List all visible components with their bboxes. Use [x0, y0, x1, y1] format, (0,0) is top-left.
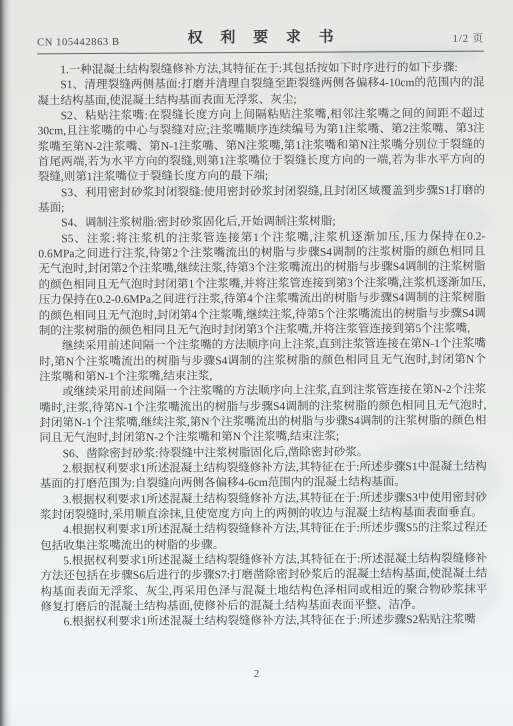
page-indicator: 1/2 页	[341, 31, 485, 47]
patent-number: CN 105442863 B	[37, 36, 181, 48]
claim-paragraph: S3、利用密封砂浆封闭裂缝:使用密封砂浆封闭裂缝,且封闭区域覆盖到步骤S1打磨的…	[38, 183, 485, 216]
scan-edge-shadow	[0, 0, 12, 726]
page-number: 2	[0, 668, 513, 680]
document-header: CN 105442863 B 权 利 要 求 书 1/2 页	[37, 25, 484, 55]
claim-paragraph: 5.根据权利要求1所述混凝土结构裂缝修补方法,其特征在于:所述混凝土结构裂缝修补…	[40, 552, 487, 616]
claim-paragraph: 3.根据权利要求1所述混凝土结构裂缝修补方法,其特征在于:所述步骤S3中使用密封…	[40, 490, 487, 523]
claim-paragraph: 2.根据权利要求1所述混凝土结构裂缝修补方法,其特征在于:所述步骤S1中混凝土结…	[40, 460, 487, 493]
document-title: 权 利 要 求 书	[181, 26, 341, 48]
claim-paragraph: S1、清理裂缝两侧基面:打磨并清理自裂缝至距裂缝两侧各偏移4-10cm的范围内的…	[37, 76, 484, 109]
claim-paragraph: 或继续采用前述间隔一个注浆嘴的方法顺序向上注浆,直到注浆管连接在第N-2个注浆嘴…	[39, 383, 486, 447]
claim-paragraph: 6.根据权利要求1所述混凝土结构裂缝修补方法,其特征在于:所述步骤S2粘贴注浆嘴	[41, 613, 488, 631]
claim-paragraph: 4.根据权利要求1所述混凝土结构裂缝修补方法,其特征在于:所述步骤S5的注浆过程…	[40, 521, 487, 554]
claims-text: 1.一种混凝土结构裂缝修补方法,其特征在于:其包括按如下时序进行的如下步骤: S…	[37, 61, 487, 631]
claim-paragraph: S5、注浆:将注浆机的注浆管连接第1个注浆嘴,注浆机逐渐加压,压力保持在0.2-…	[38, 229, 486, 339]
page-content: CN 105442863 B 权 利 要 求 书 1/2 页 1.一种混凝土结构…	[37, 25, 488, 631]
scanned-page: CN 105442863 B 权 利 要 求 书 1/2 页 1.一种混凝土结构…	[0, 0, 513, 726]
claim-paragraph: 继续采用前述间隔一个注浆嘴的方法顺序向上注浆,直到注浆管连接在第N-1个注浆嘴时…	[39, 337, 486, 386]
claim-paragraph: S2、粘贴注浆嘴:在裂缝长度方向上间隔粘贴注浆嘴,相邻注浆嘴之间的间距不超过30…	[38, 107, 485, 186]
